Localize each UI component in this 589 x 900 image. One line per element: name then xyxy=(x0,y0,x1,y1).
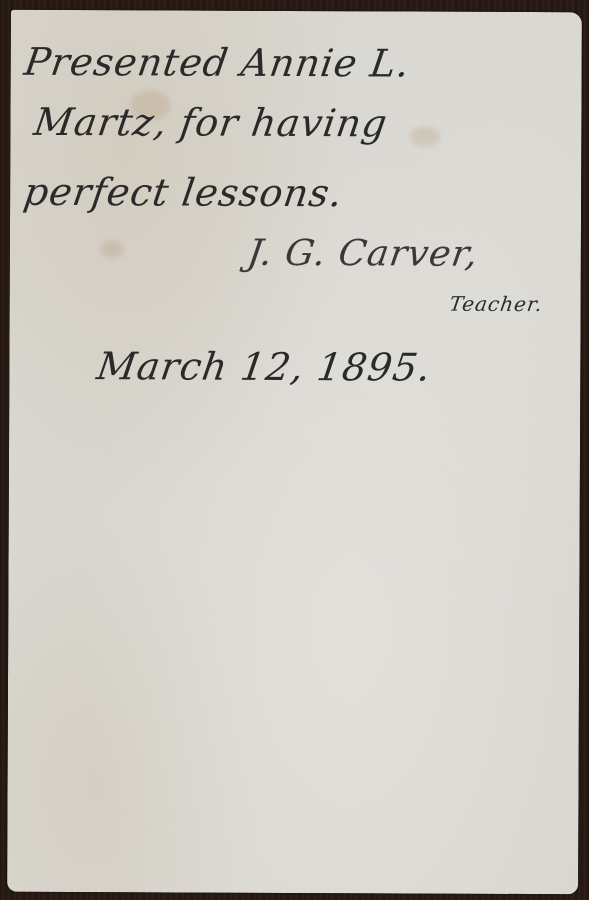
signature-title: Teacher. xyxy=(448,292,545,316)
paper-stain xyxy=(100,240,124,258)
paper-stain xyxy=(410,127,440,147)
signature: J. G. Carver, xyxy=(245,233,481,275)
inscription-line-1: Presented Annie L. xyxy=(22,40,414,86)
inscription-line-2: Martz, for having xyxy=(31,100,390,146)
inscription-line-3: perfect lessons. xyxy=(21,170,346,215)
date: March 12, 1895. xyxy=(94,344,434,389)
card: Presented Annie L. Martz, for having per… xyxy=(7,10,582,894)
